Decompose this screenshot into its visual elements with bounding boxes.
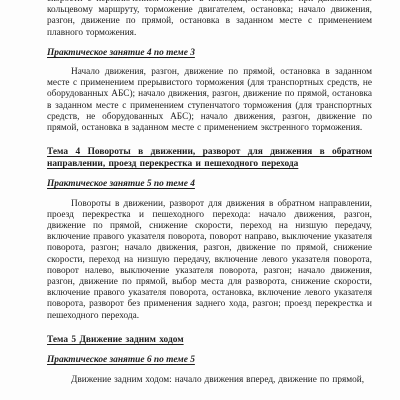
paragraph-practice-session-6: Движение задним ходом: начало движения в… bbox=[47, 375, 372, 386]
heading-tema-5: Тема 5 Движение задним ходом bbox=[47, 335, 372, 347]
paragraph-braking-continued: скорости с переключением передач в нисхо… bbox=[47, 0, 372, 39]
heading-tema-4: Тема 4 Повороты в движении, разворот для… bbox=[47, 147, 372, 170]
document-page: скорости с переключением передач в нисхо… bbox=[0, 0, 400, 400]
heading-practice-session-5: Практическое занятие 5 по теме 4 bbox=[47, 179, 372, 190]
heading-practice-session-6: Практическое занятие 6 по теме 5 bbox=[47, 355, 372, 366]
paragraph-practice-session-4: Начало движения, разгон, движение по пря… bbox=[47, 67, 372, 134]
paragraph-practice-session-5: Повороты в движении, разворот для движен… bbox=[47, 199, 372, 322]
text-column: скорости с переключением передач в нисхо… bbox=[47, 0, 372, 386]
heading-practice-session-4: Практическое занятие 4 по теме 3 bbox=[47, 48, 372, 59]
